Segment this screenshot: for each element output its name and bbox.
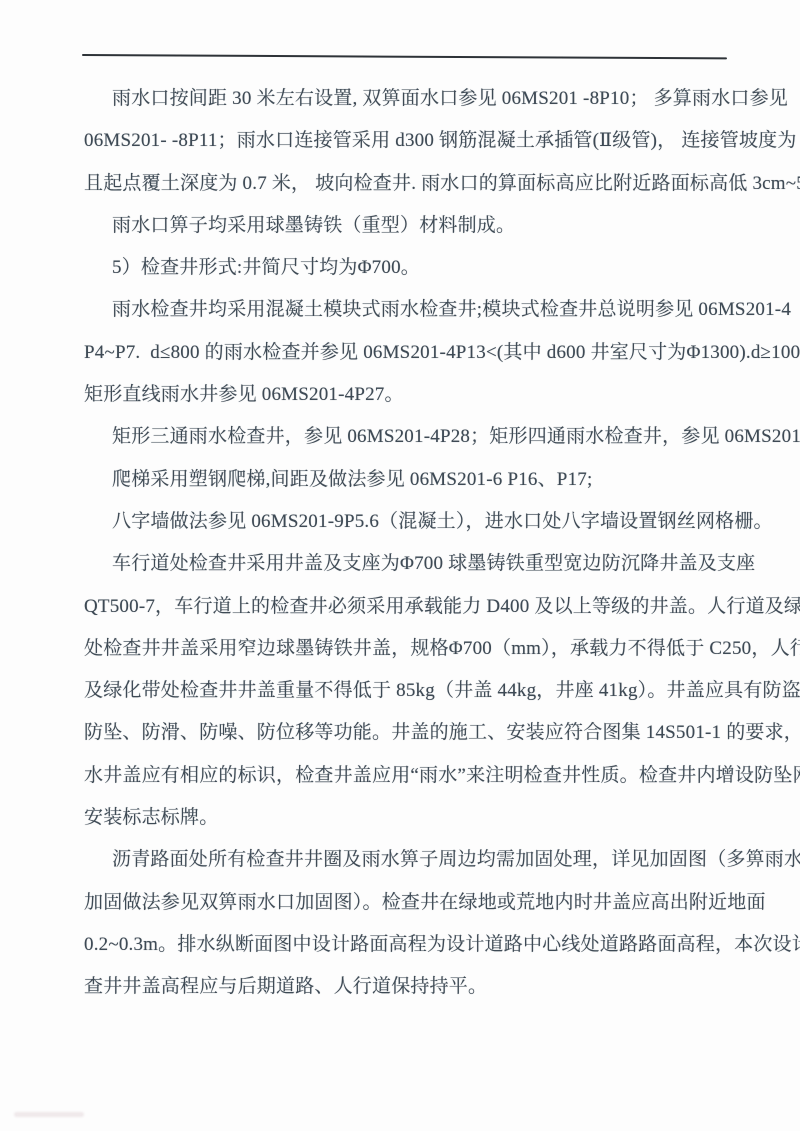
text-line: 06MS201- -8P11；雨水口连接管采用 d300 钢筋混凝土承插管(Ⅱ级… <box>84 120 744 162</box>
text-line: P4~P7. d≤800 的雨水检查并参见 06MS201-4P13<(其中 d… <box>84 332 744 374</box>
text-line: 处检查井井盖采用窄边球墨铸铁井盖，规格Φ700（mm），承载力不得低于 C250… <box>84 628 744 670</box>
text-line: 0.2~0.3m。排水纵断面图中设计路面高程为设计道路中心线处道路路面高程，本次… <box>84 924 744 966</box>
text-line: 且起点覆土深度为 0.7 米， 坡向检查井. 雨水口的算面标高应比附近路面标高低… <box>84 163 744 205</box>
text-line: 车行道处检查井采用井盖及支座为Φ700 球墨铸铁重型宽边防沉降井盖及支座 <box>84 543 744 585</box>
text-line: 八字墙做法参见 06MS201-9P5.6（混凝土），进水口处八字墙设置钢丝网格… <box>84 501 744 543</box>
text-line: 雨水检查井均采用混凝土模块式雨水检查井;模块式检查井总说明参见 06MS201-… <box>84 289 744 331</box>
text-line: 矩形三通雨水检查井，参见 06MS201-4P28；矩形四通雨水检查井，参见 0… <box>84 416 744 458</box>
text-line: 5）检查井形式:井简尺寸均为Φ700。 <box>84 247 744 289</box>
top-rule-line <box>82 54 727 60</box>
text-line: 雨水口箅子均采用球墨铸铁（重型）材料制成。 <box>84 205 744 247</box>
text-line: 加固做法参见双箅雨水口加固图）。检查井在绿地或荒地内时井盖应高出附近地面 <box>84 882 744 924</box>
text-line: 安装标志标牌。 <box>84 797 744 839</box>
document-body: 雨水口按间距 30 米左右设置, 双箅面水口参见 06MS201 -8P10； … <box>84 78 744 1009</box>
scan-smudge <box>14 1112 84 1117</box>
text-line: 爬梯采用塑钢爬梯,间距及做法参见 06MS201-6 P16、P17; <box>84 459 744 501</box>
text-line: 沥青路面处所有检查井井圈及雨水箅子周边均需加固处理，详见加固图（多箅雨水口 <box>84 839 744 881</box>
text-line: 水井盖应有相应的标识，检查井盖应用“雨水”来注明检查井性质。检查井内增设防坠网， <box>84 755 744 797</box>
document-page: 雨水口按间距 30 米左右设置, 双箅面水口参见 06MS201 -8P10； … <box>0 0 800 1131</box>
text-line: 矩形直线雨水井参见 06MS201-4P27。 <box>84 374 744 416</box>
text-line: 雨水口按间距 30 米左右设置, 双箅面水口参见 06MS201 -8P10； … <box>84 78 744 120</box>
text-line: 查井井盖高程应与后期道路、人行道保持持平。 <box>84 966 744 1008</box>
text-line: 防坠、防滑、防噪、防位移等功能。井盖的施工、安装应符合图集 14S501-1 的… <box>84 712 744 754</box>
text-line: 及绿化带处检查井井盖重量不得低于 85kg（井盖 44kg，井座 41kg）。井… <box>84 670 744 712</box>
text-line: QT500-7，车行道上的检查井必须采用承载能力 D400 及以上等级的井盖。人… <box>84 586 744 628</box>
